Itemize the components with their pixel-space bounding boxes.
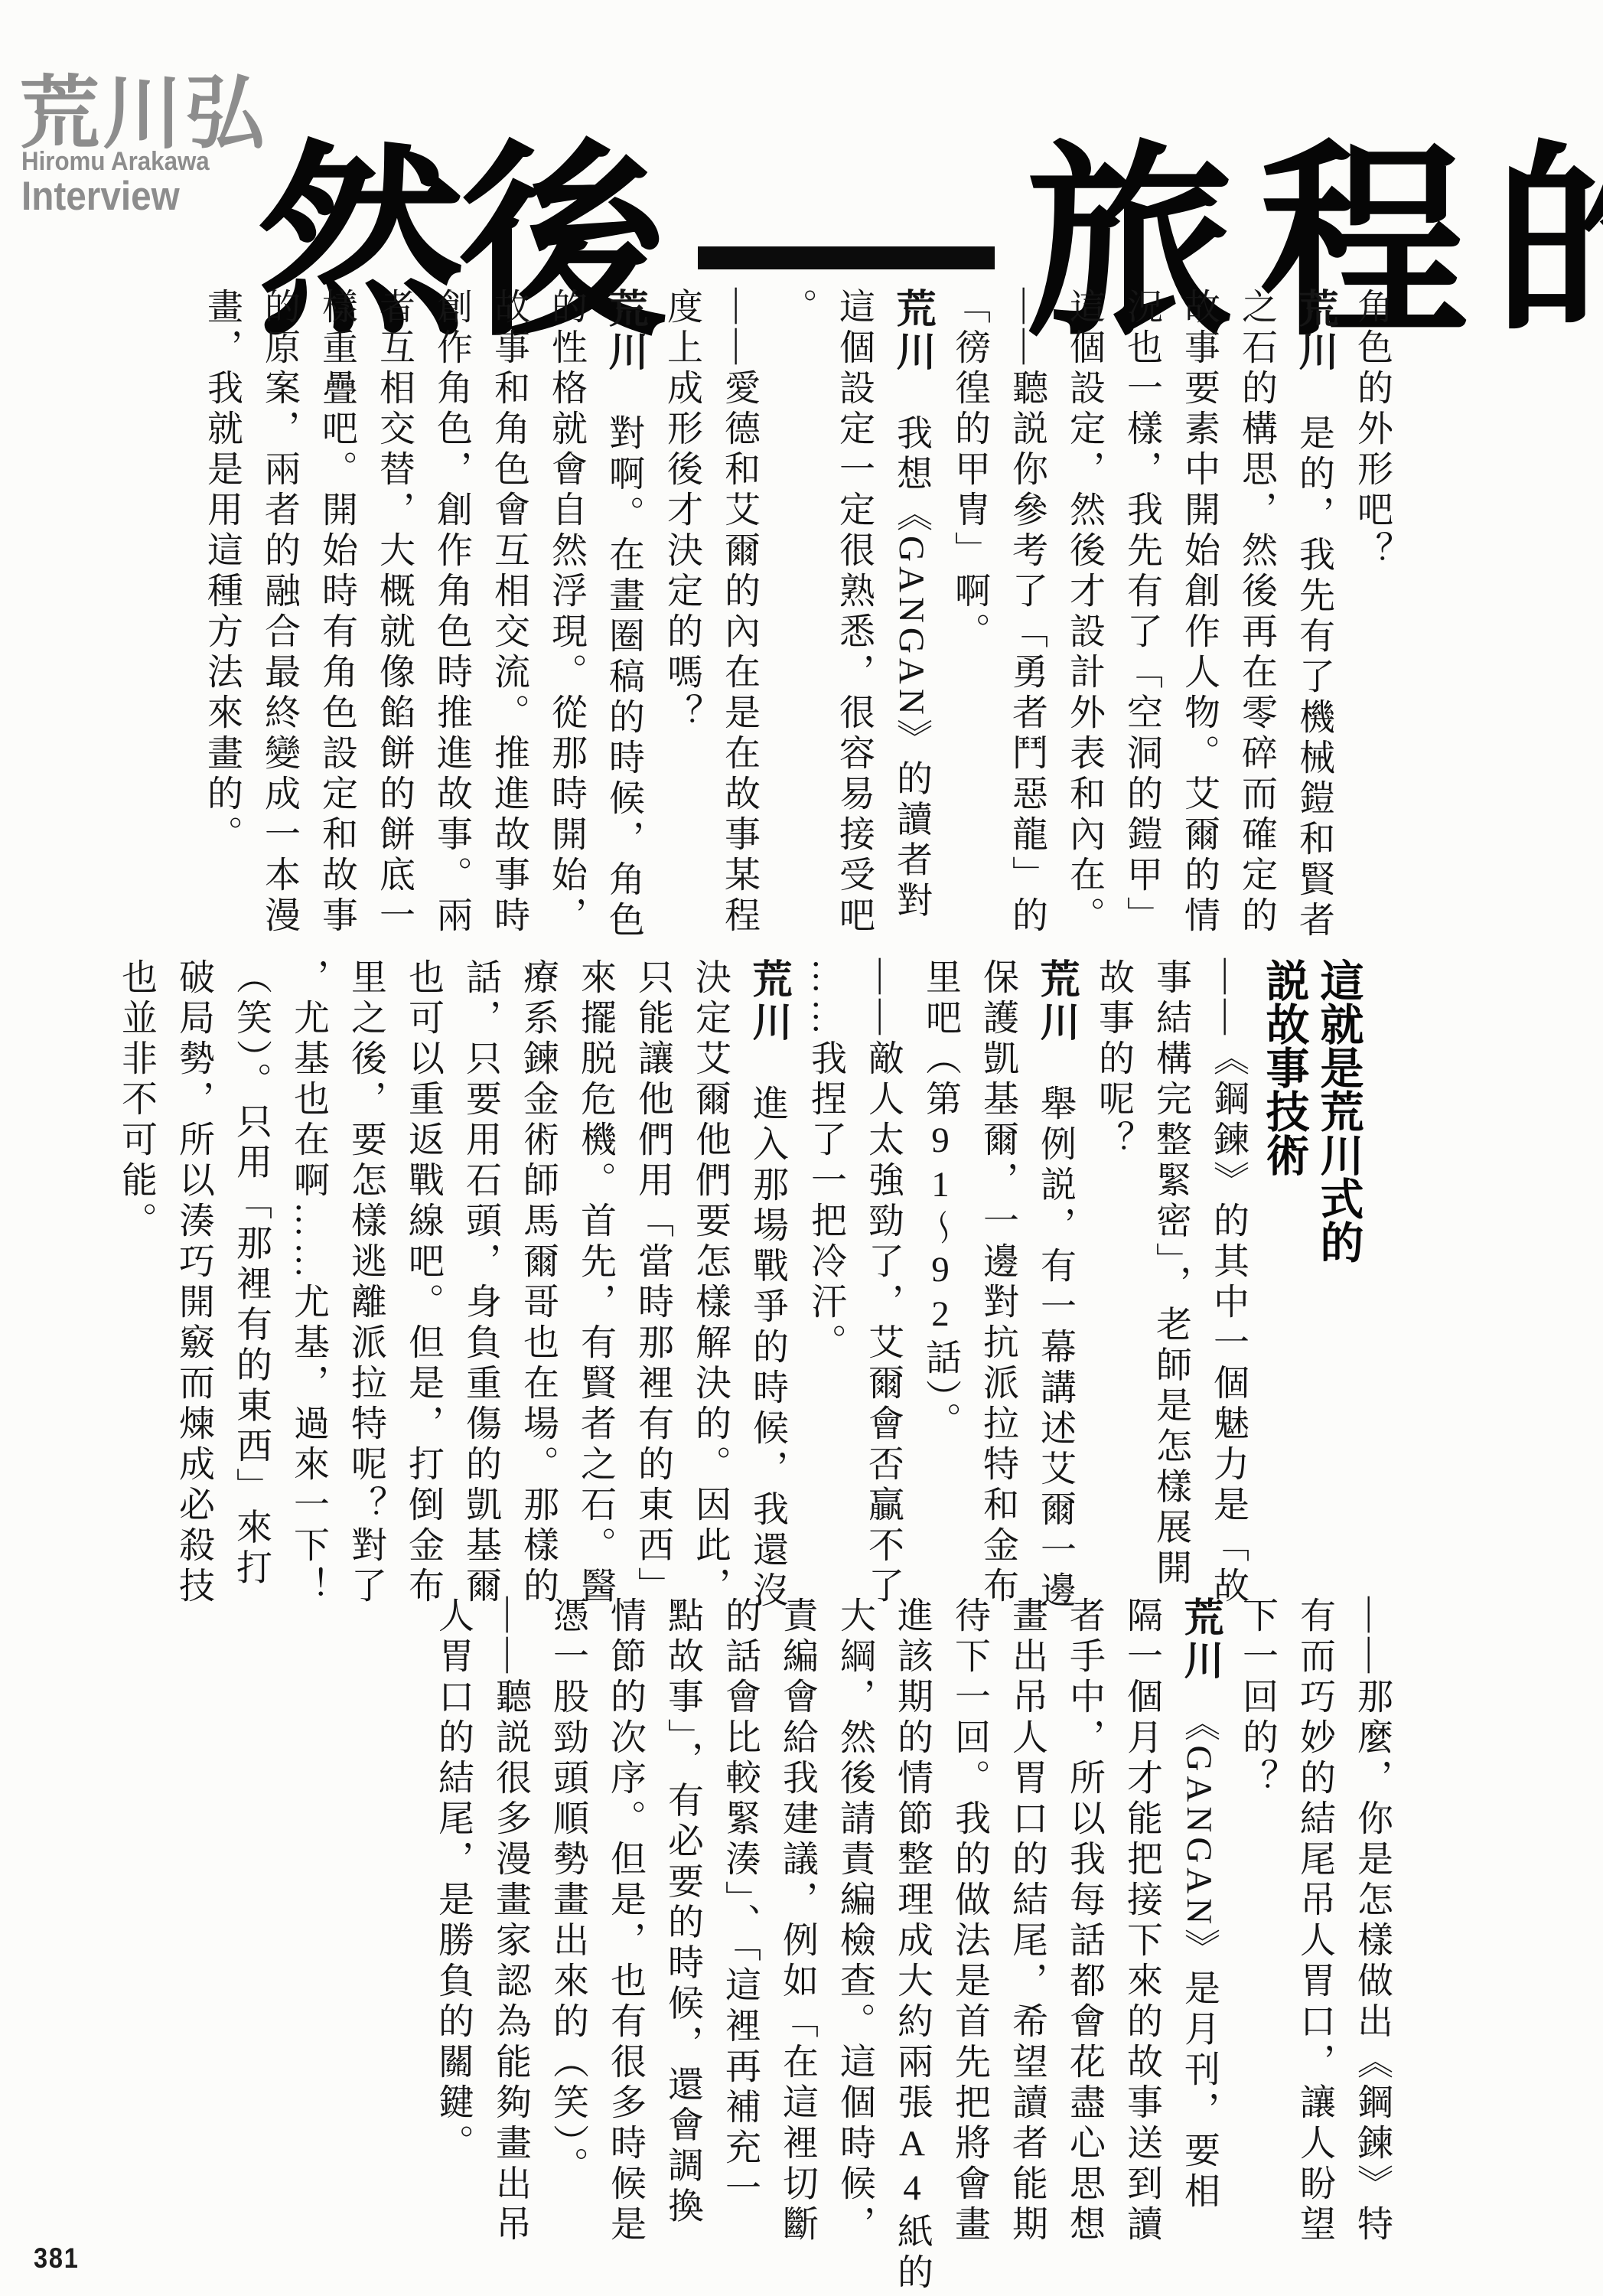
chapter-number-tilde: ～ — [920, 1209, 960, 1250]
speaker-label: 荒川 — [1292, 288, 1336, 373]
paper-size-code: A4 — [892, 2124, 932, 2213]
answer-text: 是的，我先有了機械鎧和賢者 之石的構思，然後再在零碎而確定的 故事要素中開始創作… — [1064, 288, 1334, 941]
chapter-number-start: 91 — [920, 1120, 960, 1209]
page-number: 381 — [34, 2242, 80, 2275]
question-paragraph: ——聽説你參考了「勇者鬥惡龍」的 「徬徨的甲冑」啊。 — [940, 288, 1055, 941]
question-paragraph: ——聽説很多漫畫家認為能夠畫出吊 人胃口的結尾，是勝負的關鍵。 — [424, 1596, 539, 2294]
magazine-page: 荒川弘 Hiromu Arakawa Interview 然後——旅程的 角色的… — [0, 0, 1603, 2296]
answer-paragraph: 荒川 我想《GANGAN》的讀者對 這個設定一定很熟悉，很容易接受吧 。 — [767, 288, 940, 941]
section-heading-line2: 説故事技術 — [1256, 958, 1311, 1612]
interview-section-1: 角色的外形吧？ 荒川 是的，我先有了機械鎧和賢者 之石的構思，然後再在零碎而確定… — [193, 288, 1400, 941]
answer-paragraph: 荒川 進入那場戰爭的時候，我還沒 決定艾爾他們要怎樣解決的。因此， 只能讓他們用… — [107, 958, 797, 1612]
section-heading: 這就是荒川式的説故事技術 — [1256, 958, 1365, 1612]
speaker-label: 荒川 — [890, 288, 933, 373]
answer-paragraph: 荒川 舉例説，有一幕講述艾爾一邊 保護凱基爾，一邊對抗派拉特和金布 里吧（第91… — [911, 958, 1084, 1612]
answer-text: 《GANGAN》是月刊，要相 隔一個月才能把接下來的故事送到讀 者手中，所以我每… — [892, 1596, 1219, 2245]
question-paragraph: ——愛德和艾爾的內在是在故事某程 度上成形後才決定的嗎？ — [653, 288, 767, 941]
speaker-label: 荒川 — [602, 288, 646, 373]
answer-paragraph: 荒川 《GANGAN》是月刊，要相 隔一個月才能把接下來的故事送到讀 者手中，所… — [539, 1596, 1228, 2294]
interview-section-3: ——那麼，你是怎樣做出《鋼鍊》特 有而巧妙的結尾吊人胃口，讓人盼望 下一回的？ … — [424, 1596, 1400, 2294]
question-paragraph: ——敵人太強勁了，艾爾會否贏不了 ……我捏了一把冷汗。 — [797, 958, 911, 1612]
question-paragraph: ——那麼，你是怎樣做出《鋼鍊》特 有而巧妙的結尾吊人胃口，讓人盼望 下一回的？ — [1228, 1596, 1400, 2294]
interview-label: Interview — [21, 173, 180, 220]
title-dash: —— — [698, 246, 995, 269]
answer-text: 紙的 大綱，然後請責編檢查。這個時候， 責編會給我建議，例如「在這裡切斷 的話會… — [548, 1596, 932, 2294]
answer-text: 對啊。在畫圈稿的時候，角色 的性格就會自然浮現。從那時開始， 故事和角色會互相交… — [202, 288, 643, 941]
answer-text: 話）。 — [920, 1339, 960, 1443]
answer-paragraph: 荒川 是的，我先有了機械鎧和賢者 之石的構思，然後再在零碎而確定的 故事要素中開… — [1055, 288, 1343, 941]
speaker-label: 荒川 — [1178, 1596, 1221, 1682]
answer-text: 進入那場戰爭的時候，我還沒 決定艾爾他們要怎樣解決的。因此， 只能讓他們用「當時… — [116, 958, 787, 1612]
chapter-number-end: 92 — [920, 1250, 960, 1339]
interview-section-2: 這就是荒川式的説故事技術 ——《鋼鍊》的其中一個魅力是「故 事結構完整緊密」，老… — [107, 958, 1400, 1612]
question-paragraph: ——《鋼鍊》的其中一個魅力是「故 事結構完整緊密」，老師是怎樣展開 故事的呢？ — [1084, 958, 1256, 1612]
section-heading-line1: 這就是荒川式的 — [1311, 958, 1365, 1612]
speaker-label: 荒川 — [746, 958, 790, 1044]
answer-text: 我想《GANGAN》的讀者對 這個設定一定很熟悉，很容易接受吧 。 — [777, 288, 931, 937]
question-paragraph: 角色的外形吧？ — [1343, 288, 1400, 941]
answer-paragraph: 荒川 對啊。在畫圈稿的時候，角色 的性格就會自然浮現。從那時開始， 故事和角色會… — [193, 288, 653, 941]
speaker-label: 荒川 — [1034, 958, 1077, 1044]
